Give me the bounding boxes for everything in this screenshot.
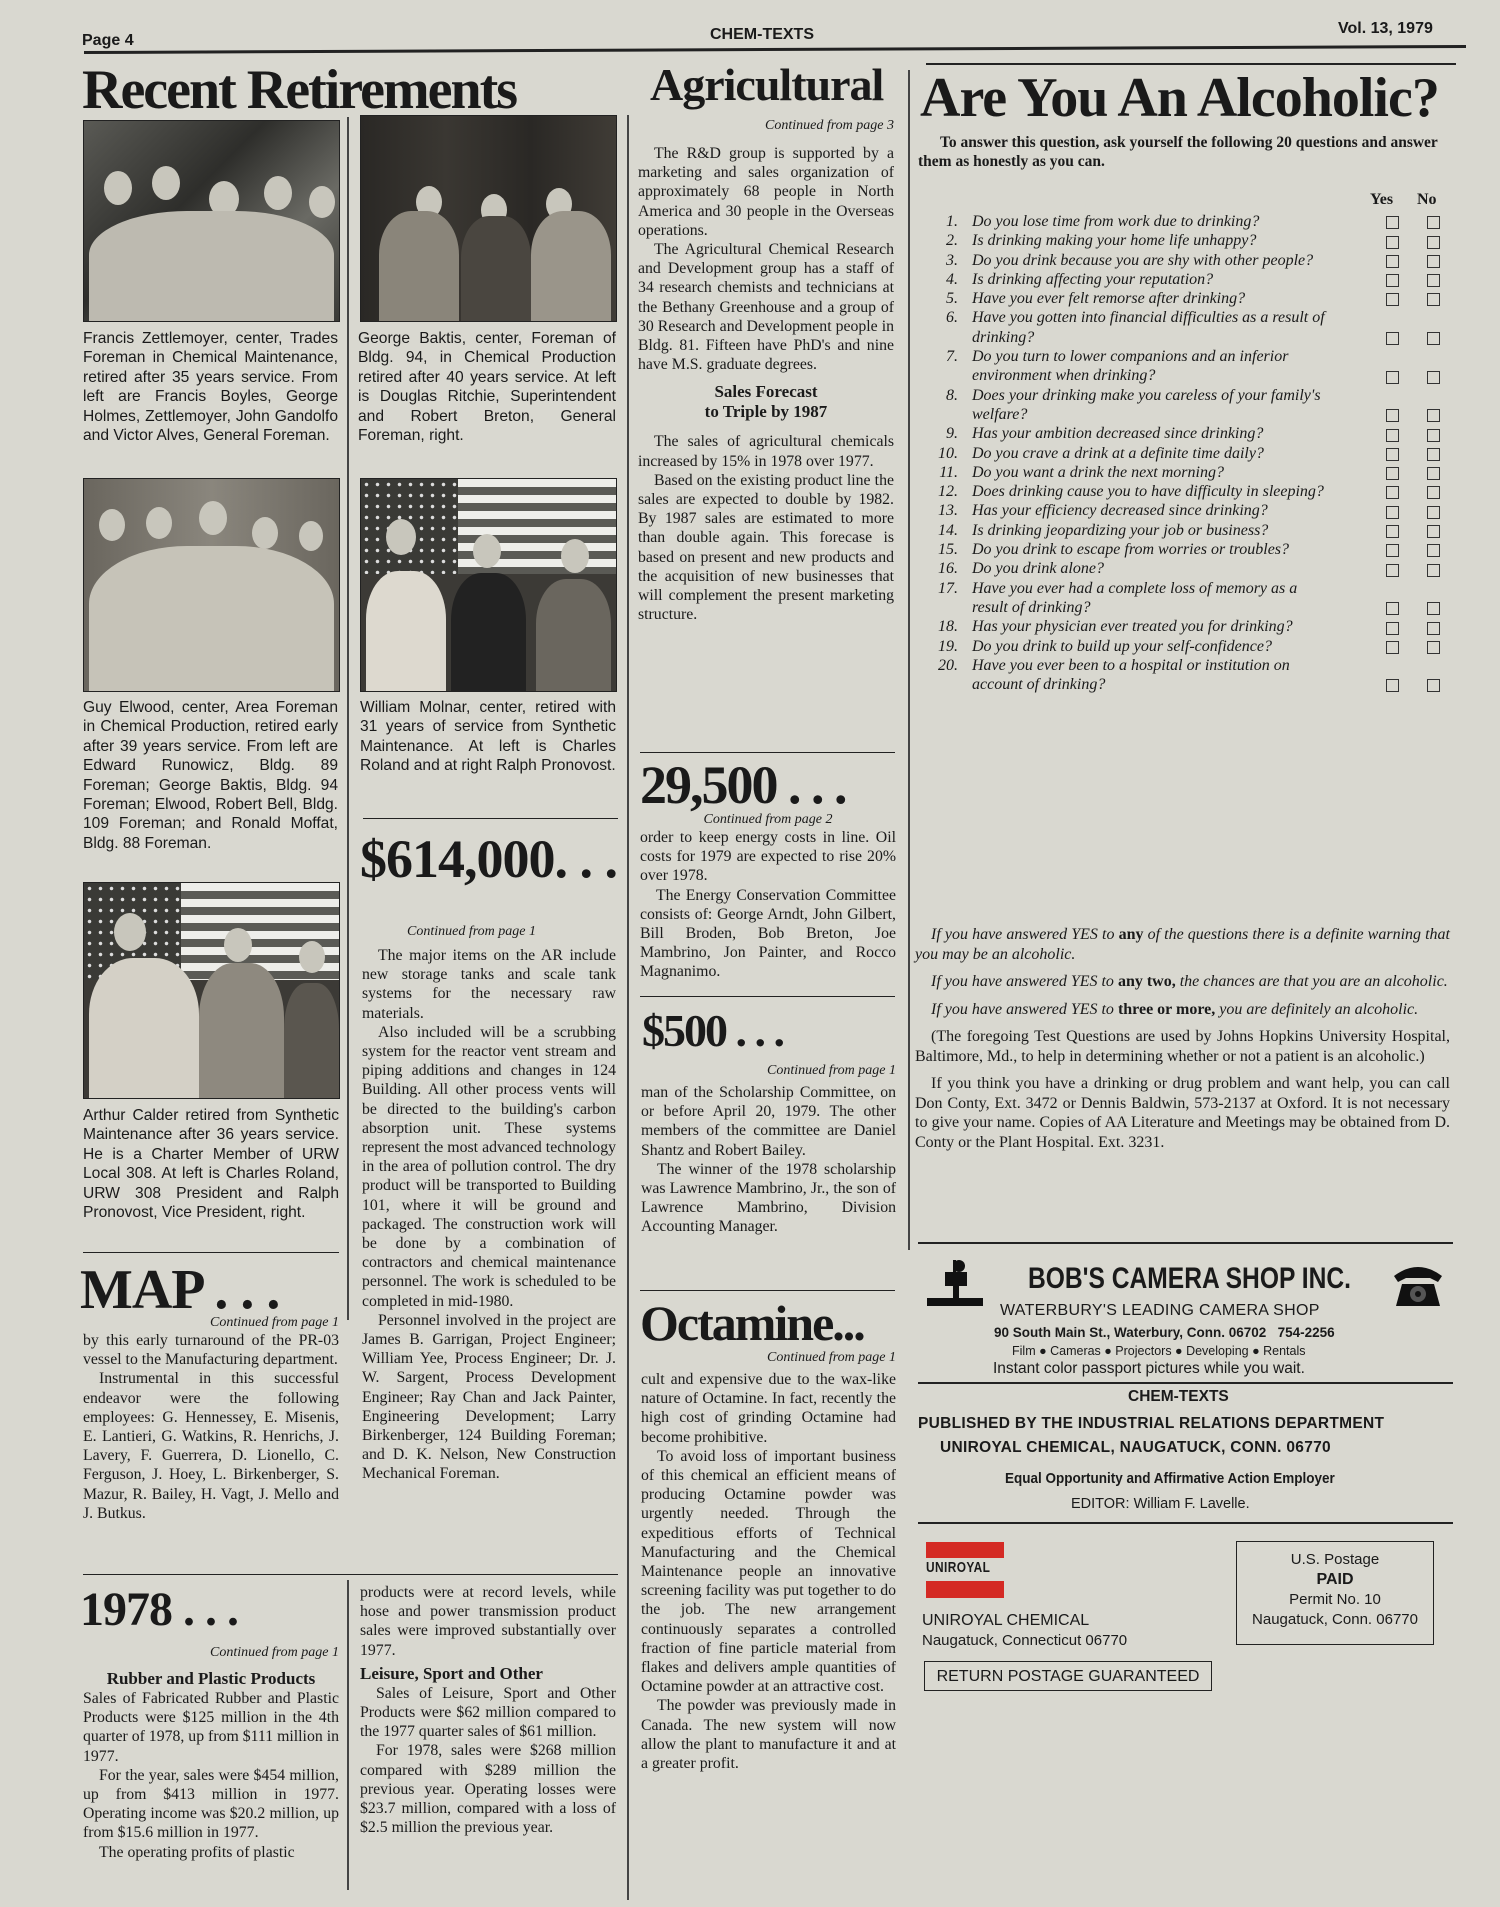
question-row: 17.Have you ever had a complete loss of … (924, 579, 1440, 618)
caption-molnar: William Molnar, center, retired with 31 … (360, 698, 616, 776)
alcoholic-headline: Are You An Alcoholic? (920, 70, 1439, 126)
question-row: 3.Do you drink because you are shy with … (924, 251, 1440, 270)
question-number: 15. (924, 540, 972, 559)
section-rule (640, 996, 895, 997)
octamine-article: Continued from page 1 cult and expensive… (641, 1350, 896, 1773)
yes-checkbox[interactable] (1386, 216, 1399, 229)
question-row: 7.Do you turn to lower companions and an… (924, 347, 1440, 386)
return-postage-box: RETURN POSTAGE GUARANTEED (924, 1661, 1212, 1691)
question-row: 13.Has your efficiency decreased since d… (924, 501, 1440, 520)
section-rule (83, 1574, 618, 1575)
yes-checkbox[interactable] (1386, 448, 1399, 461)
question-row: 6.Have you gotten into financial difficu… (924, 308, 1440, 347)
question-row: 20.Have you ever been to a hospital or i… (924, 656, 1440, 695)
question-text: Do you lose time from work due to drinki… (972, 212, 1332, 231)
volume-label: Vol. 13, 1979 (1338, 20, 1433, 38)
year-1978-article-col1: Continued from page 1 Rubber and Plastic… (83, 1645, 339, 1862)
no-checkbox[interactable] (1427, 622, 1440, 635)
question-number: 10. (924, 444, 972, 463)
caption-calder: Arthur Calder retired from Synthetic Mai… (83, 1106, 339, 1222)
ad-services: Film ● Cameras ● Projectors ● Developing… (1012, 1344, 1306, 1358)
question-number: 6. (924, 308, 972, 347)
yes-checkbox[interactable] (1386, 255, 1399, 268)
question-number: 19. (924, 637, 972, 656)
agricultural-headline: Agricultural (650, 62, 883, 108)
yes-checkbox[interactable] (1386, 506, 1399, 519)
question-number: 14. (924, 521, 972, 540)
section-rule (918, 1382, 1453, 1384)
question-number: 3. (924, 251, 972, 270)
yes-checkbox[interactable] (1386, 525, 1399, 538)
alcoholic-intro: To answer this question, ask yourself th… (918, 133, 1458, 171)
editor-credit: EDITOR: William F. Lavelle. (1071, 1496, 1250, 1512)
question-row: 16.Do you drink alone? (924, 559, 1440, 578)
rotary-phone-icon (1390, 1262, 1446, 1310)
no-checkbox[interactable] (1427, 332, 1440, 345)
mailing-address: Naugatuck, Connecticut 06770 (922, 1632, 1127, 1649)
masthead-rule (84, 45, 1466, 54)
no-checkbox[interactable] (1427, 216, 1440, 229)
yes-checkbox[interactable] (1386, 544, 1399, 557)
yes-checkbox[interactable] (1386, 564, 1399, 577)
question-number: 7. (924, 347, 972, 386)
ad-tagline: WATERBURY'S LEADING CAMERA SHOP (1000, 1302, 1320, 1320)
question-row: 5.Have you ever felt remorse after drink… (924, 289, 1440, 308)
no-checkbox[interactable] (1427, 602, 1440, 615)
photo-molnar (360, 478, 617, 692)
ad-phone: 754-2256 (1278, 1325, 1335, 1340)
questionnaire: 1.Do you lose time from work due to drin… (924, 212, 1440, 694)
question-number: 17. (924, 579, 972, 618)
yes-checkbox[interactable] (1386, 679, 1399, 692)
scholarship-headline: $500 . . . (642, 1008, 783, 1054)
caption-elwood: Guy Elwood, center, Area Foreman in Chem… (83, 698, 338, 853)
question-number: 12. (924, 482, 972, 501)
map-headline: MAP . . . (80, 1262, 279, 1318)
section-rule (640, 752, 895, 753)
section-rule (83, 1252, 339, 1253)
yes-checkbox[interactable] (1386, 409, 1399, 422)
page-number: Page 4 (82, 32, 134, 50)
no-checkbox[interactable] (1427, 486, 1440, 499)
question-text: Have you ever been to a hospital or inst… (972, 656, 1332, 695)
question-number: 9. (924, 424, 972, 443)
no-checkbox[interactable] (1427, 564, 1440, 577)
question-text: Have you ever had a complete loss of mem… (972, 579, 1332, 618)
question-number: 1. (924, 212, 972, 231)
section-rule (640, 1290, 895, 1291)
source-note: (The foregoing Test Questions are used b… (915, 1027, 1450, 1066)
question-text: Have you gotten into financial difficult… (972, 308, 1332, 347)
no-checkbox[interactable] (1427, 506, 1440, 519)
map-article: Continued from page 1 by this early turn… (83, 1315, 339, 1523)
energy-article: Continued from page 2 order to keep ener… (640, 812, 896, 982)
publication-title: CHEM-TEXTS (710, 26, 814, 44)
section-rule (918, 1522, 1453, 1524)
photo-calder (83, 882, 340, 1099)
scholarship-article: Continued from page 1 man of the Scholar… (641, 1063, 896, 1237)
yes-checkbox[interactable] (1386, 641, 1399, 654)
yes-checkbox[interactable] (1386, 293, 1399, 306)
year-1978-headline: 1978 . . . (80, 1586, 238, 1634)
question-row: 14.Is drinking jeopardizing your job or … (924, 521, 1440, 540)
energy-headline: 29,500 . . . (640, 758, 846, 812)
question-text: Do you drink because you are shy with ot… (972, 251, 1332, 270)
question-number: 11. (924, 463, 972, 482)
column-divider (627, 115, 629, 1900)
no-checkbox[interactable] (1427, 679, 1440, 692)
no-checkbox[interactable] (1427, 641, 1440, 654)
question-number: 16. (924, 559, 972, 578)
year-1978-article-col2: products were at record levels, while ho… (360, 1583, 616, 1837)
photo-zettlemoyer (83, 120, 340, 322)
question-text: Is drinking affecting your reputation? (972, 270, 1332, 289)
question-text: Is drinking jeopardizing your job or bus… (972, 521, 1332, 540)
ad-address: 90 South Main St., Waterbury, Conn. 0670… (994, 1325, 1335, 1340)
question-row: 12.Does drinking cause you to have diffi… (924, 482, 1440, 501)
retirements-headline: Recent Retirements (82, 62, 516, 118)
question-text: Has your ambition decreased since drinki… (972, 424, 1332, 443)
uniroyal-logo: UNIROYAL (926, 1542, 1004, 1598)
question-text: Does your drinking make you careless of … (972, 386, 1332, 425)
no-checkbox[interactable] (1427, 255, 1440, 268)
column-divider (347, 1580, 349, 1890)
no-checkbox[interactable] (1427, 467, 1440, 480)
publisher-line2: UNIROYAL CHEMICAL, NAUGATUCK, CONN. 0677… (940, 1439, 1331, 1457)
alcoholic-results: If you have answered YES to any of the q… (915, 925, 1450, 1152)
section-rule (363, 818, 618, 819)
eoe-statement: Equal Opportunity and Affirmative Action… (1005, 1470, 1335, 1487)
question-text: Do you crave a drink at a definite time … (972, 444, 1332, 463)
no-checkbox[interactable] (1427, 544, 1440, 557)
question-text: Has your physician ever treated you for … (972, 617, 1332, 636)
no-checkbox[interactable] (1427, 429, 1440, 442)
yes-checkbox[interactable] (1386, 236, 1399, 249)
question-text: Is drinking making your home life unhapp… (972, 231, 1332, 250)
no-checkbox[interactable] (1427, 236, 1440, 249)
ad-passport: Instant color passport pictures while yo… (993, 1360, 1305, 1378)
yes-checkbox[interactable] (1386, 274, 1399, 287)
column-divider (908, 70, 910, 1250)
yes-checkbox[interactable] (1386, 371, 1399, 384)
question-text: Have you ever felt remorse after drinkin… (972, 289, 1332, 308)
question-number: 20. (924, 656, 972, 695)
question-text: Does drinking cause you to have difficul… (972, 482, 1332, 501)
question-row: 2.Is drinking making your home life unha… (924, 231, 1440, 250)
question-text: Has your efficiency decreased since drin… (972, 501, 1332, 520)
yes-checkbox[interactable] (1386, 622, 1399, 635)
caption-baktis: George Baktis, center, Foreman of Bldg. … (358, 329, 616, 445)
question-row: 9.Has your ambition decreased since drin… (924, 424, 1440, 443)
question-number: 4. (924, 270, 972, 289)
yes-checkbox[interactable] (1386, 486, 1399, 499)
no-checkbox[interactable] (1427, 525, 1440, 538)
no-checkbox[interactable] (1427, 448, 1440, 461)
mailing-company: UNIROYAL CHEMICAL (922, 1612, 1089, 1630)
question-row: 19.Do you drink to build up your self-co… (924, 637, 1440, 656)
result-three-or-more: If you have answered YES to three or mor… (915, 1000, 1450, 1020)
no-column-header: No (1417, 191, 1437, 209)
section-rule (918, 1242, 1453, 1244)
column-divider (347, 117, 349, 1320)
photo-elwood (83, 478, 340, 692)
question-row: 1.Do you lose time from work due to drin… (924, 212, 1440, 231)
question-text: Do you drink to build up your self-confi… (972, 637, 1332, 656)
no-checkbox[interactable] (1427, 371, 1440, 384)
help-contact: If you think you have a drinking or drug… (915, 1074, 1450, 1152)
money-614k-article: Continued from page 1 The major items on… (362, 924, 616, 1484)
section-rule (926, 63, 1456, 65)
question-text: Do you drink alone? (972, 559, 1332, 578)
yes-checkbox[interactable] (1386, 602, 1399, 615)
question-text: Do you want a drink the next morning? (972, 463, 1332, 482)
projector-camera-icon (925, 1258, 985, 1314)
publisher-title: CHEM-TEXTS (1128, 1388, 1229, 1406)
yes-checkbox[interactable] (1386, 332, 1399, 345)
caption-zettlemoyer: Francis Zettlemoyer, center, Trades Fore… (83, 329, 338, 445)
question-row: 18.Has your physician ever treated you f… (924, 617, 1440, 636)
ad-shop-name: BOB'S CAMERA SHOP INC. (1028, 1262, 1351, 1296)
question-row: 15.Do you drink to escape from worries o… (924, 540, 1440, 559)
question-row: 4.Is drinking affecting your reputation? (924, 270, 1440, 289)
question-number: 13. (924, 501, 972, 520)
yes-checkbox[interactable] (1386, 429, 1399, 442)
question-row: 10.Do you crave a drink at a definite ti… (924, 444, 1440, 463)
no-checkbox[interactable] (1427, 409, 1440, 422)
question-row: 8.Does your drinking make you careless o… (924, 386, 1440, 425)
question-number: 8. (924, 386, 972, 425)
money-614k-headline: $614,000. . . (360, 832, 617, 886)
photo-baktis (360, 115, 617, 322)
result-any-two: If you have answered YES to any two, the… (915, 972, 1450, 992)
no-checkbox[interactable] (1427, 293, 1440, 306)
yes-checkbox[interactable] (1386, 467, 1399, 480)
question-number: 5. (924, 289, 972, 308)
octamine-headline: Octamine... (640, 1298, 864, 1348)
agricultural-article: Continued from page 3 The R&D group is s… (638, 118, 894, 624)
question-text: Do you turn to lower companions and an i… (972, 347, 1332, 386)
result-any: If you have answered YES to any of the q… (915, 925, 1450, 964)
publisher-line1: PUBLISHED BY THE INDUSTRIAL RELATIONS DE… (918, 1415, 1384, 1433)
yes-column-header: Yes (1370, 191, 1393, 209)
question-row: 11.Do you want a drink the next morning? (924, 463, 1440, 482)
postage-indicia: U.S. Postage PAID Permit No. 10 Naugatuc… (1236, 1541, 1434, 1645)
question-text: Do you drink to escape from worries or t… (972, 540, 1332, 559)
no-checkbox[interactable] (1427, 274, 1440, 287)
question-number: 2. (924, 231, 972, 250)
question-number: 18. (924, 617, 972, 636)
